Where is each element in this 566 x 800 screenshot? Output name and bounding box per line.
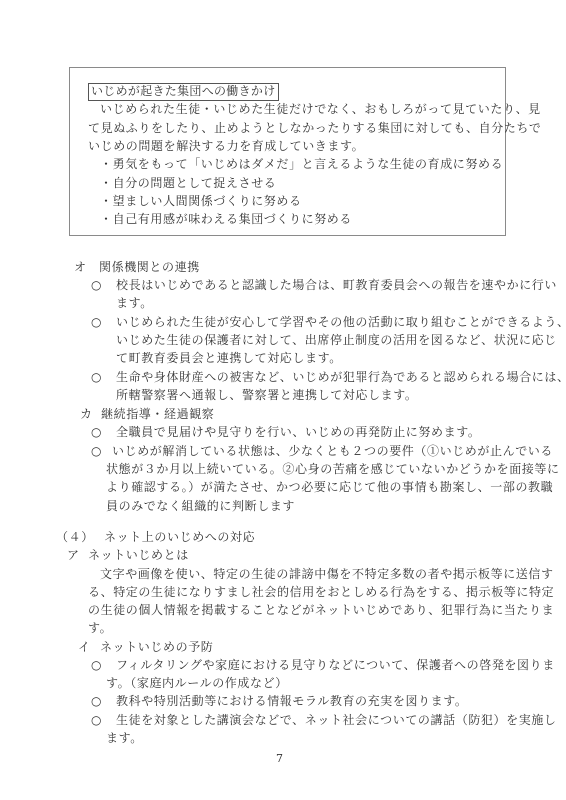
circle-marker: ○	[91, 423, 102, 441]
circle-marker: ○	[91, 442, 102, 460]
paragraph-line: の生徒の個人情報を掲載することなどがネットいじめであり、犯罪行為に当たりま	[88, 601, 554, 619]
circle-marker: ○	[91, 692, 102, 710]
box-paragraph-line: いじめられた生徒・いじめた生徒だけでなく、おもしろがって見ていたり、見	[100, 100, 541, 118]
sub-a-heading: ネットいじめとは	[88, 546, 189, 564]
section-4-marker: （４）	[56, 528, 94, 546]
list-item-text: ます。	[116, 294, 153, 312]
sub-a-marker: ア	[67, 546, 80, 564]
circle-marker: ○	[91, 276, 102, 294]
section-o-heading: 関係機関との連携	[99, 258, 200, 276]
section-ka-heading: 継続指導・経過観察	[101, 405, 214, 423]
page-number: 7	[276, 752, 283, 765]
box-bullet: ・勇気をもって「いじめはダメだ」と言えるような生徒の育成に努める	[100, 155, 503, 173]
sub-i-heading: ネットいじめの予防	[100, 638, 213, 656]
list-item-text: 全職員で見届けや見守りを行い、いじめの再発防止に努めます。	[116, 423, 480, 441]
section-o-marker: オ	[74, 258, 87, 276]
box-title: いじめが起きた集団への働きかけ	[88, 83, 279, 101]
list-item-text: いじめられた生徒が安心して学習やその他の活動に取り組むことができるよう、	[116, 313, 566, 331]
list-item-text: 校長はいじめであると認識した場合は、町教育委員会への報告を速やかに行い	[116, 276, 557, 294]
list-item-text: 教科や特別活動等における情報モラル教育の充実を図ります。	[116, 692, 467, 710]
box-paragraph-line: いじめの問題を解決する力を育成していきます。	[88, 137, 364, 155]
sub-i-marker: イ	[78, 638, 91, 656]
list-item-text: いじめが解消している状態は、少なくとも２つの要件（①いじめが止んでいる	[112, 442, 553, 460]
list-item-text: ます。	[106, 729, 143, 747]
list-item-text: 生徒を対象とした講演会などで、ネット社会についての講話（防犯）を実施し	[116, 711, 557, 729]
list-item-text: いじめた生徒の保護者に対して、出席停止制度の活用を図るなど、状況に応じ	[116, 331, 557, 349]
paragraph-line: る、特定の生徒になりすまし社会的信用をおとしめる行為をする、掲示板等に特定	[88, 583, 554, 601]
list-item-text: て町教育委員会と連携して対応します。	[116, 349, 342, 367]
list-item-text: 状態が３か月以上続いている。②心身の苦痛を感じていないかどうかを面接等に	[106, 460, 560, 478]
paragraph-line: す。	[88, 619, 112, 637]
circle-marker: ○	[91, 711, 102, 729]
circle-marker: ○	[91, 313, 102, 331]
box-bullet: ・自己有用感が味わえる集団づくりに努める	[100, 210, 352, 228]
list-item-text: 員のみでなく組織的に判断します	[106, 497, 295, 515]
box-paragraph-line: て見ぬふりをしたり、止めようとしなかったりする集団に対しても、自分たちで	[88, 119, 541, 137]
circle-marker: ○	[91, 368, 102, 386]
section-ka-marker: カ	[80, 405, 93, 423]
box-bullet: ・望ましい人間関係づくりに努める	[100, 192, 302, 210]
circle-marker: ○	[91, 656, 102, 674]
list-item-text: す。（家庭内ルールの作成など）	[106, 674, 288, 692]
paragraph-line: 文字や画像を使い、特定の生徒の誹謗中傷を不特定多数の者や掲示板等に送信す	[100, 565, 554, 583]
list-item-text: フィルタリングや家庭における見守りなどについて、保護者への啓発を図りま	[116, 656, 555, 674]
list-item-text: 所轄警察署へ通報し、警察署と連携して対応します。	[116, 386, 417, 404]
section-4-heading: ネット上のいじめへの対応	[104, 528, 255, 546]
list-item-text: 生命や身体財産への被害など、いじめが犯罪行為であると認められる場合には、	[116, 368, 566, 386]
box-bullet: ・自分の問題として捉えさせる	[100, 174, 276, 192]
list-item-text: より確認する。）が満たさせ、かつ必要に応じて他の事情も勘案し、一部の教職	[106, 478, 553, 496]
